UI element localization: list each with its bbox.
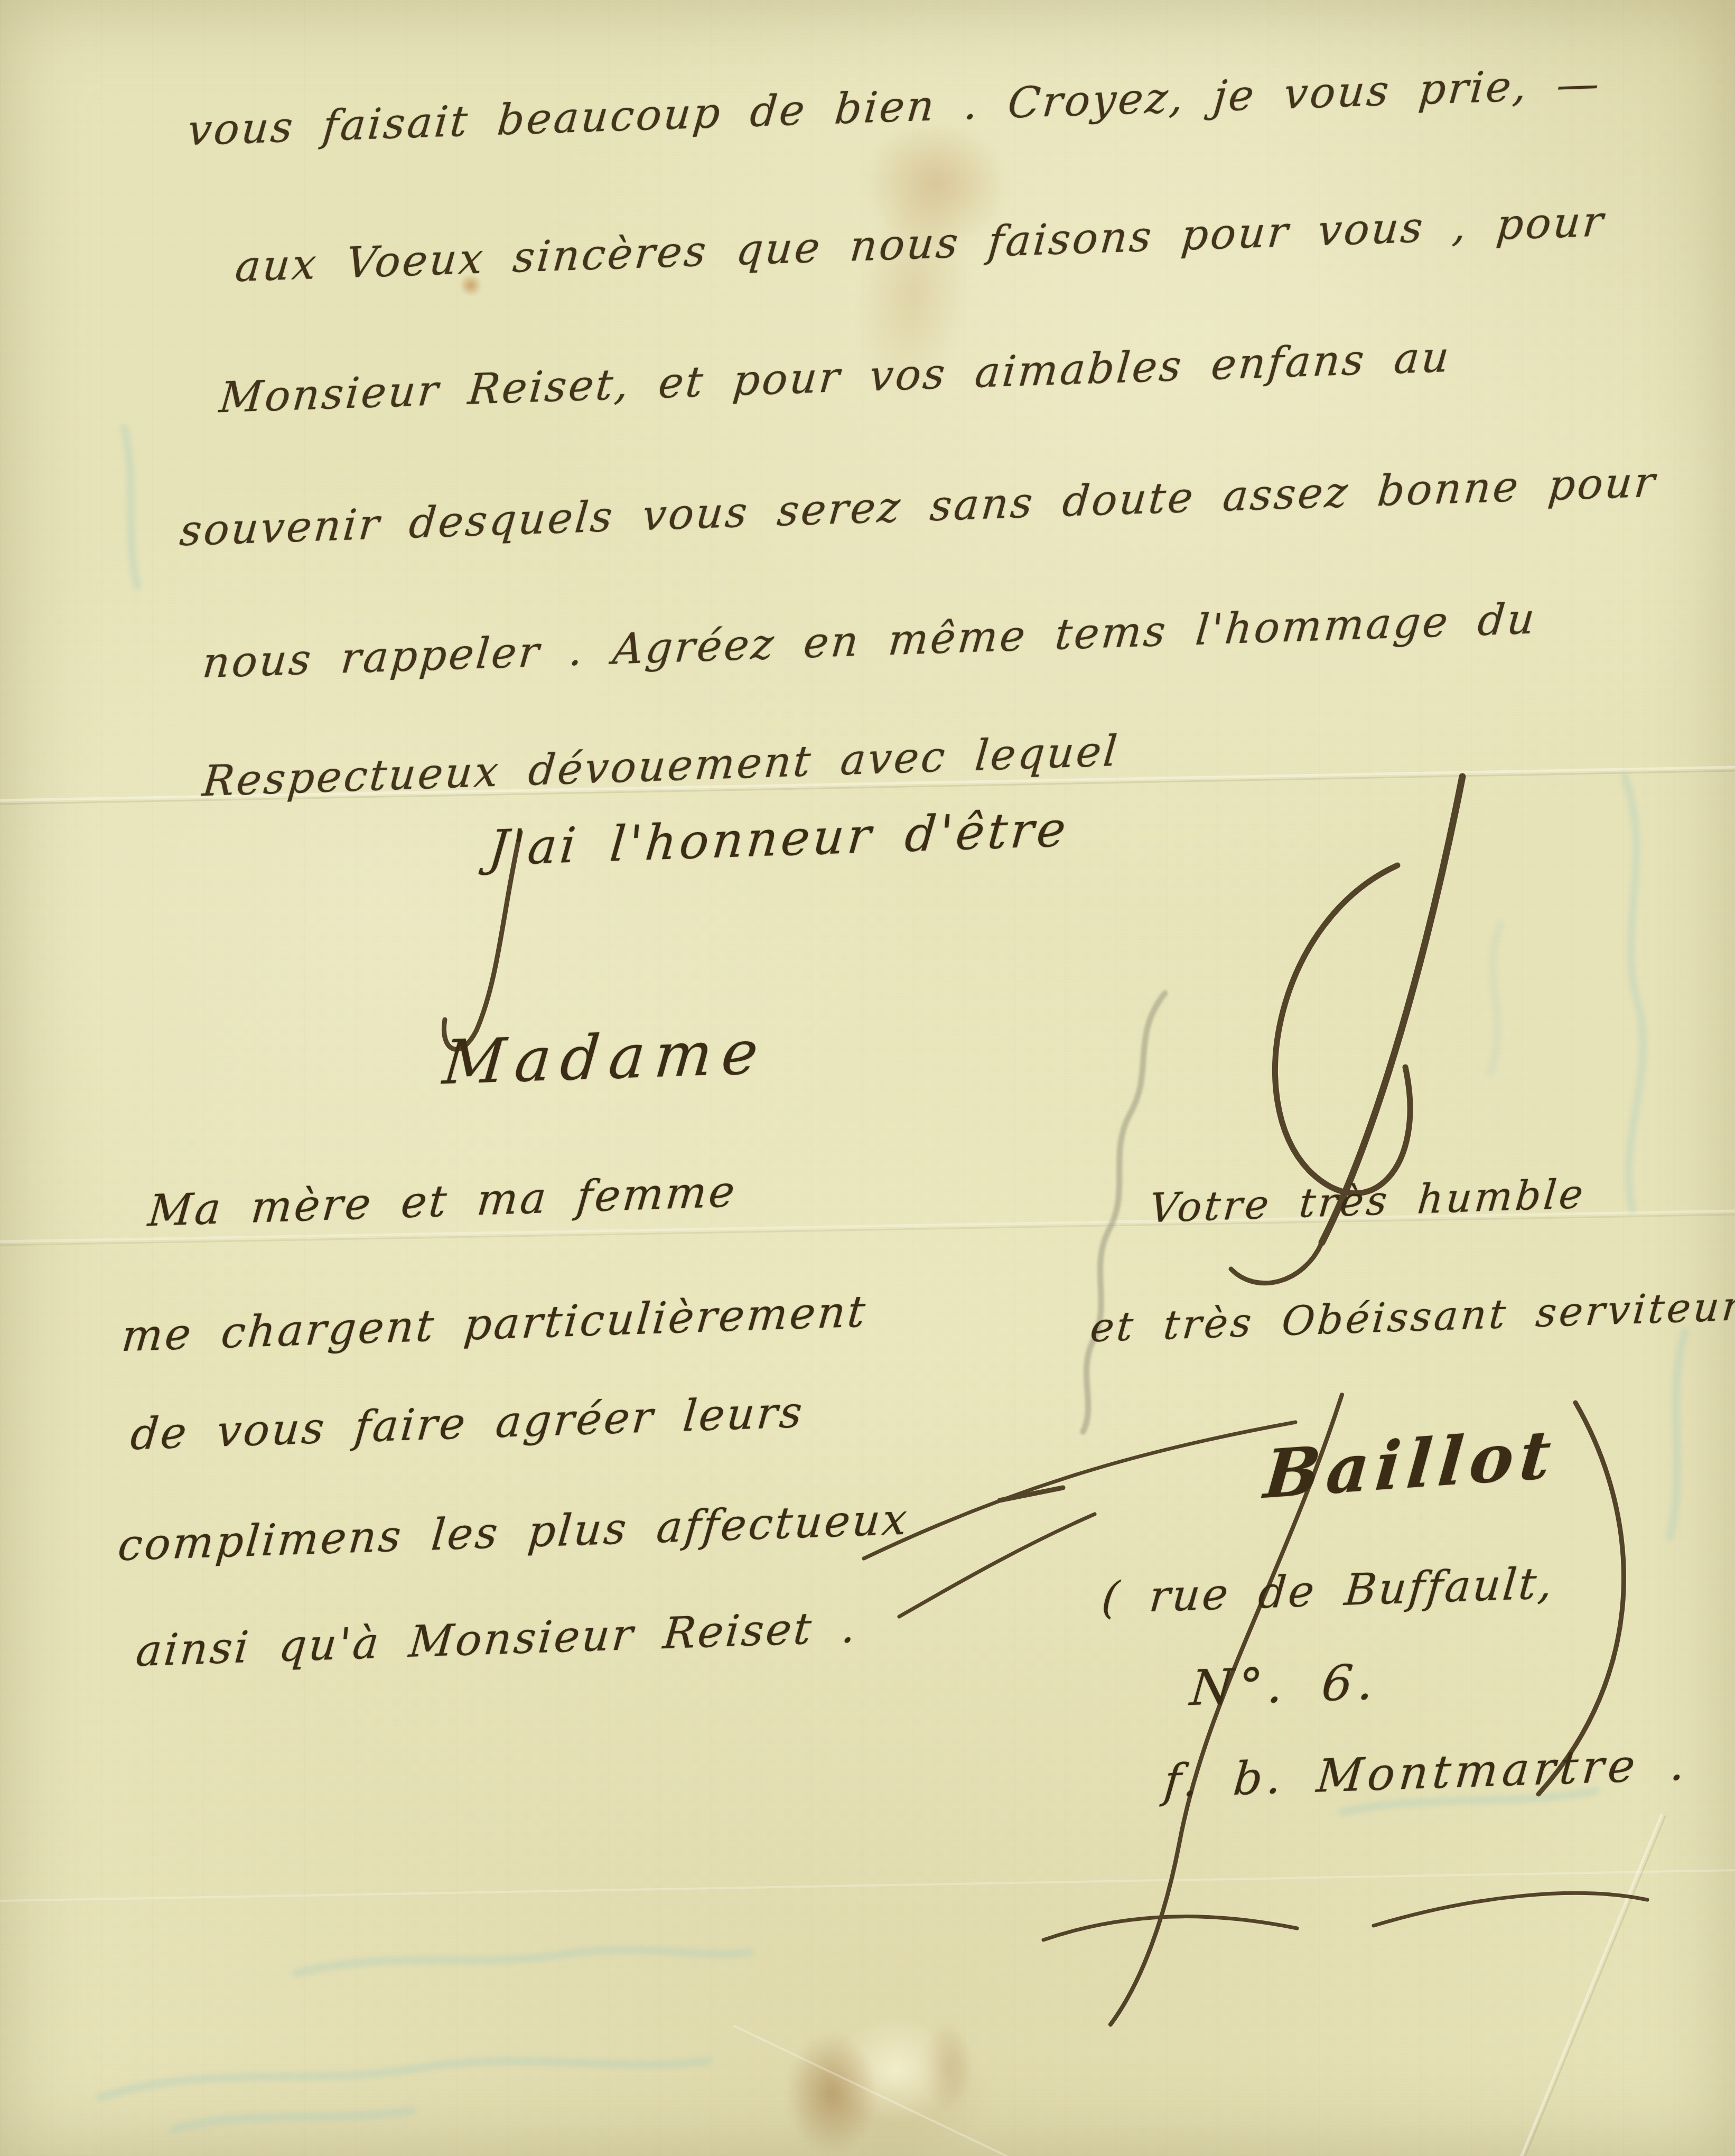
letter-line-5: nous rappeler . Agréez en même tems l'ho… [201, 594, 1539, 687]
left-block-line-5: ainsi qu'à Monsieur Reiset . [134, 1602, 860, 1677]
closing-honneur-line: J'ai l'honneur d'être [486, 801, 1071, 877]
left-block-line-1: Ma mère et ma femme [146, 1166, 739, 1236]
paraph-long-sweep [864, 1422, 1295, 1558]
flourish-votre-loop [1275, 865, 1411, 1193]
flourish-votre-stem [1322, 777, 1462, 1243]
letter-line-3: Monsieur Reiset, et pour vos aimables en… [218, 332, 1453, 423]
letter-line-6: Respectueux dévouement avec lequel [201, 726, 1122, 806]
ghost-writing-teal [100, 428, 1685, 2129]
salutation-madame: Madame [440, 1017, 770, 1099]
closing-underline [1043, 1893, 1647, 1940]
ink-flourish-layer [0, 0, 1735, 2156]
address-line-2: N°. 6. [1188, 1654, 1381, 1716]
flourish-votre-tail [1231, 1243, 1322, 1283]
letter-line-2: aux Voeux sincères que nous faisons pour… [234, 197, 1607, 291]
address-line-1: ( rue de Buffault, [1099, 1558, 1556, 1624]
left-block-line-3: de vous faire agréer leurs [128, 1387, 806, 1460]
paraph-dash [1000, 1488, 1063, 1500]
letter-line-1: vous faisait beaucoup de bien . Croyez, … [186, 59, 1603, 155]
seal-stain-bottom [737, 2008, 1075, 2156]
right-block-line-2: et très Obéissant serviteur [1088, 1282, 1735, 1351]
address-line-3: f. b. Montmartre . [1162, 1738, 1692, 1808]
letter-line-4: souvenir desquels vous serez sans doute … [178, 457, 1659, 555]
letter-page: vous faisait beaucoup de bien . Croyez, … [0, 0, 1735, 2156]
left-block-line-4: complimens les plus affectueux [116, 1494, 911, 1571]
signature-baillot: Baillot [1261, 1415, 1560, 1514]
left-block-line-2: me chargent particulièrement [119, 1286, 869, 1361]
paraph-short-sweep [899, 1514, 1095, 1617]
bleedthrough-layer [0, 0, 1735, 2156]
right-block-line-1: Votre très humble [1148, 1170, 1588, 1232]
